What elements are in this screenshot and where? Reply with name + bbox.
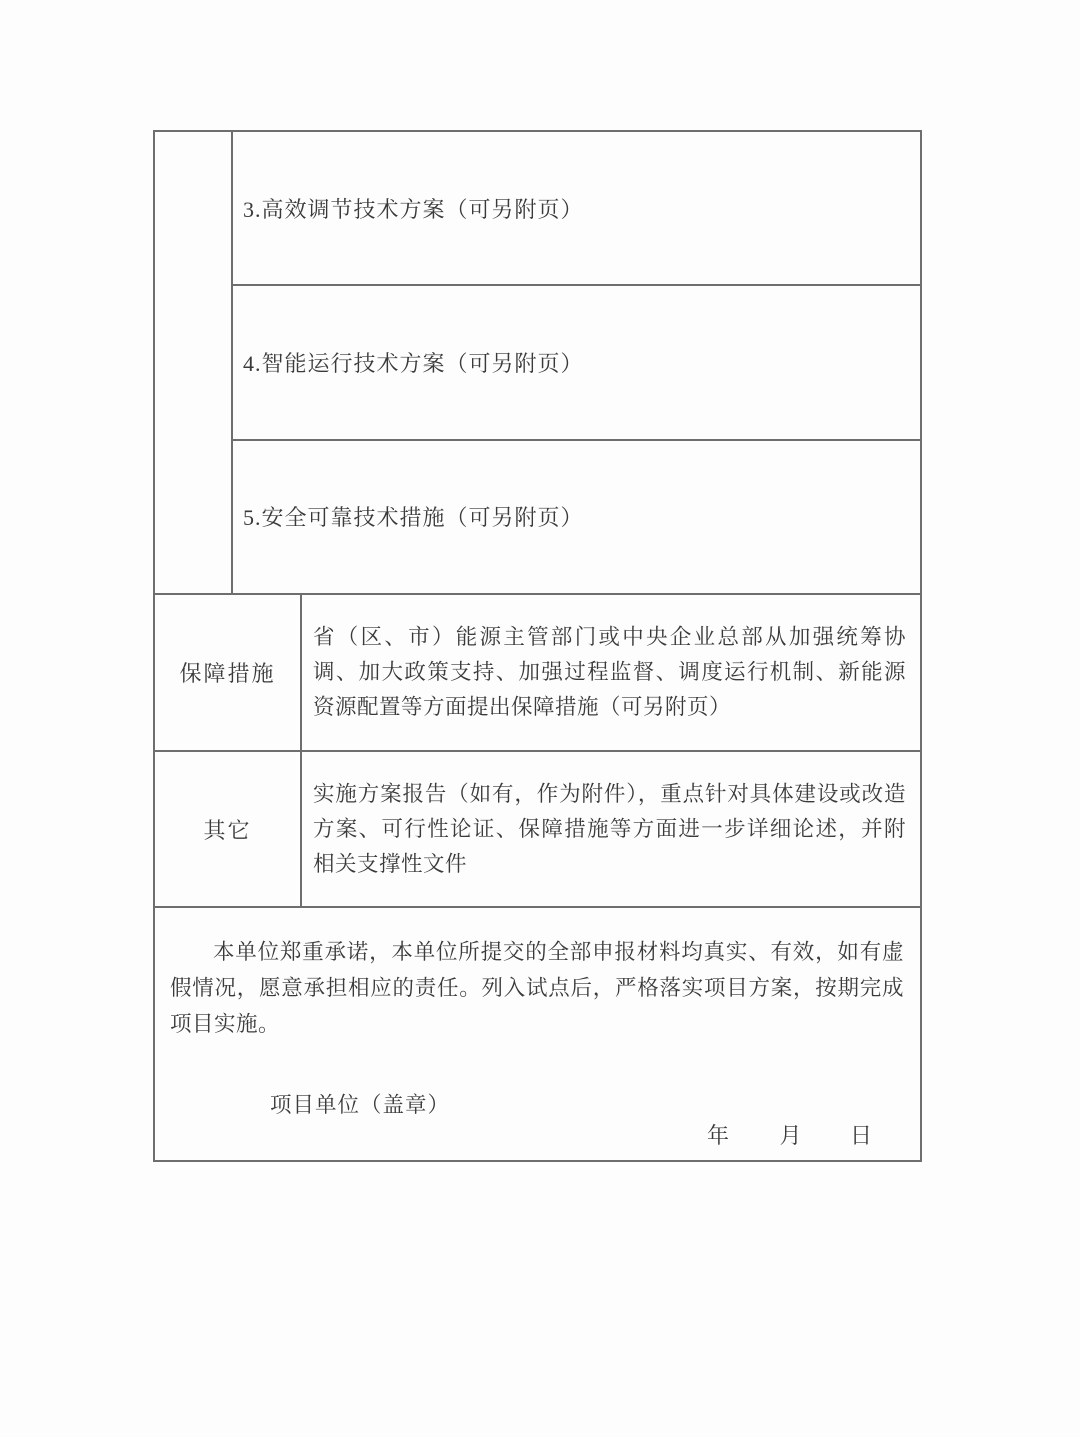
other-row-content: 实施方案报告（如有，作为附件），重点针对具体建设或改造方案、可行性论证、保障措施… bbox=[313, 777, 906, 882]
date-month-label: 月 bbox=[779, 1119, 801, 1150]
guarantee-row-content: 省（区、市）能源主管部门或中央企业总部从加强统筹协调、加大政策支持、加强过程监督… bbox=[313, 620, 906, 725]
application-form-table: 3.高效调节技术方案（可另附页） 4.智能运行技术方案（可另附页） 5.安全可靠… bbox=[153, 130, 922, 1162]
table-row-scheme-5: 5.安全可靠技术措施（可另附页） bbox=[233, 441, 920, 593]
date-line: 年 月 日 bbox=[707, 1119, 872, 1150]
signature-seal-label: 项目单位（盖章） bbox=[170, 1088, 904, 1119]
table-row-other: 其它 实施方案报告（如有，作为附件），重点针对具体建设或改造方案、可行性论证、保… bbox=[155, 752, 920, 908]
guarantee-row-header: 保障措施 bbox=[155, 595, 302, 750]
table-row-scheme-4: 4.智能运行技术方案（可另附页） bbox=[233, 286, 920, 440]
declaration-section: 本单位郑重承诺，本单位所提交的全部申报材料均真实、有效，如有虚假情况，愿意承担相… bbox=[155, 908, 920, 1160]
declaration-text: 本单位郑重承诺，本单位所提交的全部申报材料均真实、有效，如有虚假情况，愿意承担相… bbox=[170, 934, 904, 1042]
technical-scheme-section: 3.高效调节技术方案（可另附页） 4.智能运行技术方案（可另附页） 5.安全可靠… bbox=[155, 132, 920, 595]
merged-empty-cell bbox=[155, 132, 233, 593]
other-row-header: 其它 bbox=[155, 752, 302, 906]
scheme-3-label: 3.高效调节技术方案（可另附页） bbox=[243, 193, 584, 224]
scheme-rows: 3.高效调节技术方案（可另附页） 4.智能运行技术方案（可另附页） 5.安全可靠… bbox=[233, 132, 920, 593]
scheme-5-label: 5.安全可靠技术措施（可另附页） bbox=[243, 501, 584, 532]
scheme-4-label: 4.智能运行技术方案（可另附页） bbox=[243, 347, 584, 378]
date-year-label: 年 bbox=[707, 1119, 729, 1150]
table-row-guarantee-measures: 保障措施 省（区、市）能源主管部门或中央企业总部从加强统筹协调、加大政策支持、加… bbox=[155, 595, 920, 752]
table-row-scheme-3: 3.高效调节技术方案（可另附页） bbox=[233, 132, 920, 286]
date-day-label: 日 bbox=[850, 1119, 872, 1150]
